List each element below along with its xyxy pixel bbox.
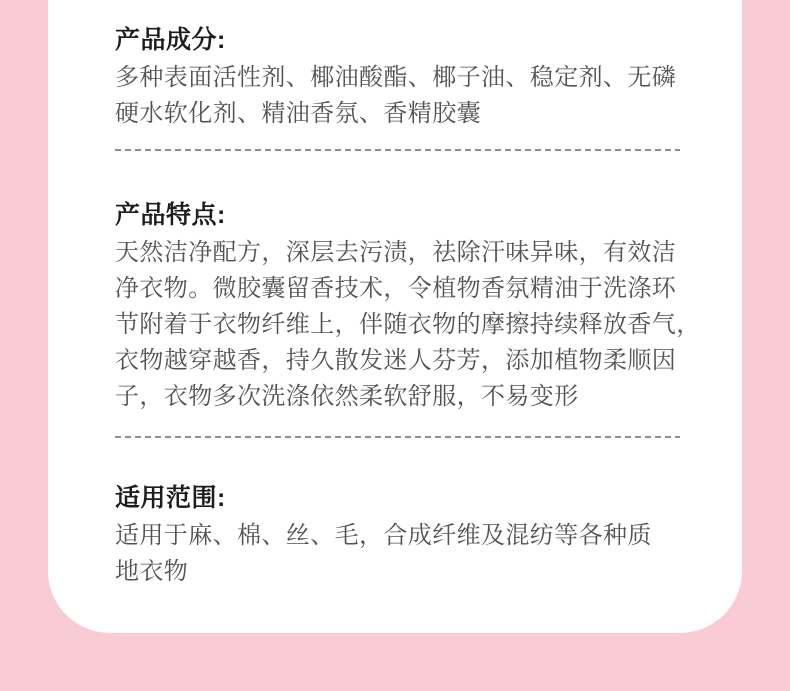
body-line: 天然洁净配方，深层去污渍，祛除汗味异味，有效洁 <box>115 235 682 271</box>
body-line: 子，衣物多次洗涤依然柔软舒服，不易变形 <box>115 379 682 415</box>
section-features: 产品特点: 天然洁净配方，深层去污渍，祛除汗味异味，有效洁 净衣物。微胶囊留香技… <box>115 197 682 415</box>
page-background: { "colors": { "page_bg": "#f8cbd5", "car… <box>0 0 790 691</box>
body-line: 衣物越穿越香，持久散发迷人芬芳，添加植物柔顺因 <box>115 343 682 379</box>
body-line: 硬水软化剂、精油香氛、香精胶囊 <box>115 96 682 132</box>
body-line: 适用于麻、棉、丝、毛，合成纤维及混纺等各种质 <box>115 518 682 554</box>
section-heading-ingredients: 产品成分: <box>115 22 682 58</box>
product-description-card: 产品成分: 多种表面活性剂、椰油酸酯、椰子油、稳定剂、无磷 硬水软化剂、精油香氛… <box>48 0 742 633</box>
dashed-divider <box>115 149 680 151</box>
body-line: 地衣物 <box>115 554 682 590</box>
section-heading-features: 产品特点: <box>115 197 682 233</box>
section-body-scope: 适用于麻、棉、丝、毛，合成纤维及混纺等各种质 地衣物 <box>115 518 682 590</box>
section-body-features: 天然洁净配方，深层去污渍，祛除汗味异味，有效洁 净衣物。微胶囊留香技术，令植物香… <box>115 235 682 415</box>
body-line: 净衣物。微胶囊留香技术，令植物香氛精油于洗涤环 <box>115 271 682 307</box>
section-scope: 适用范围: 适用于麻、棉、丝、毛，合成纤维及混纺等各种质 地衣物 <box>115 480 682 590</box>
section-ingredients: 产品成分: 多种表面活性剂、椰油酸酯、椰子油、稳定剂、无磷 硬水软化剂、精油香氛… <box>115 22 682 132</box>
body-line: 节附着于衣物纤维上，伴随衣物的摩擦持续释放香气， <box>115 307 682 343</box>
card-content: 产品成分: 多种表面活性剂、椰油酸酯、椰子油、稳定剂、无磷 硬水软化剂、精油香氛… <box>48 0 742 590</box>
dashed-divider <box>115 436 680 438</box>
section-body-ingredients: 多种表面活性剂、椰油酸酯、椰子油、稳定剂、无磷 硬水软化剂、精油香氛、香精胶囊 <box>115 60 682 132</box>
section-heading-scope: 适用范围: <box>115 480 682 516</box>
body-line: 多种表面活性剂、椰油酸酯、椰子油、稳定剂、无磷 <box>115 60 682 96</box>
